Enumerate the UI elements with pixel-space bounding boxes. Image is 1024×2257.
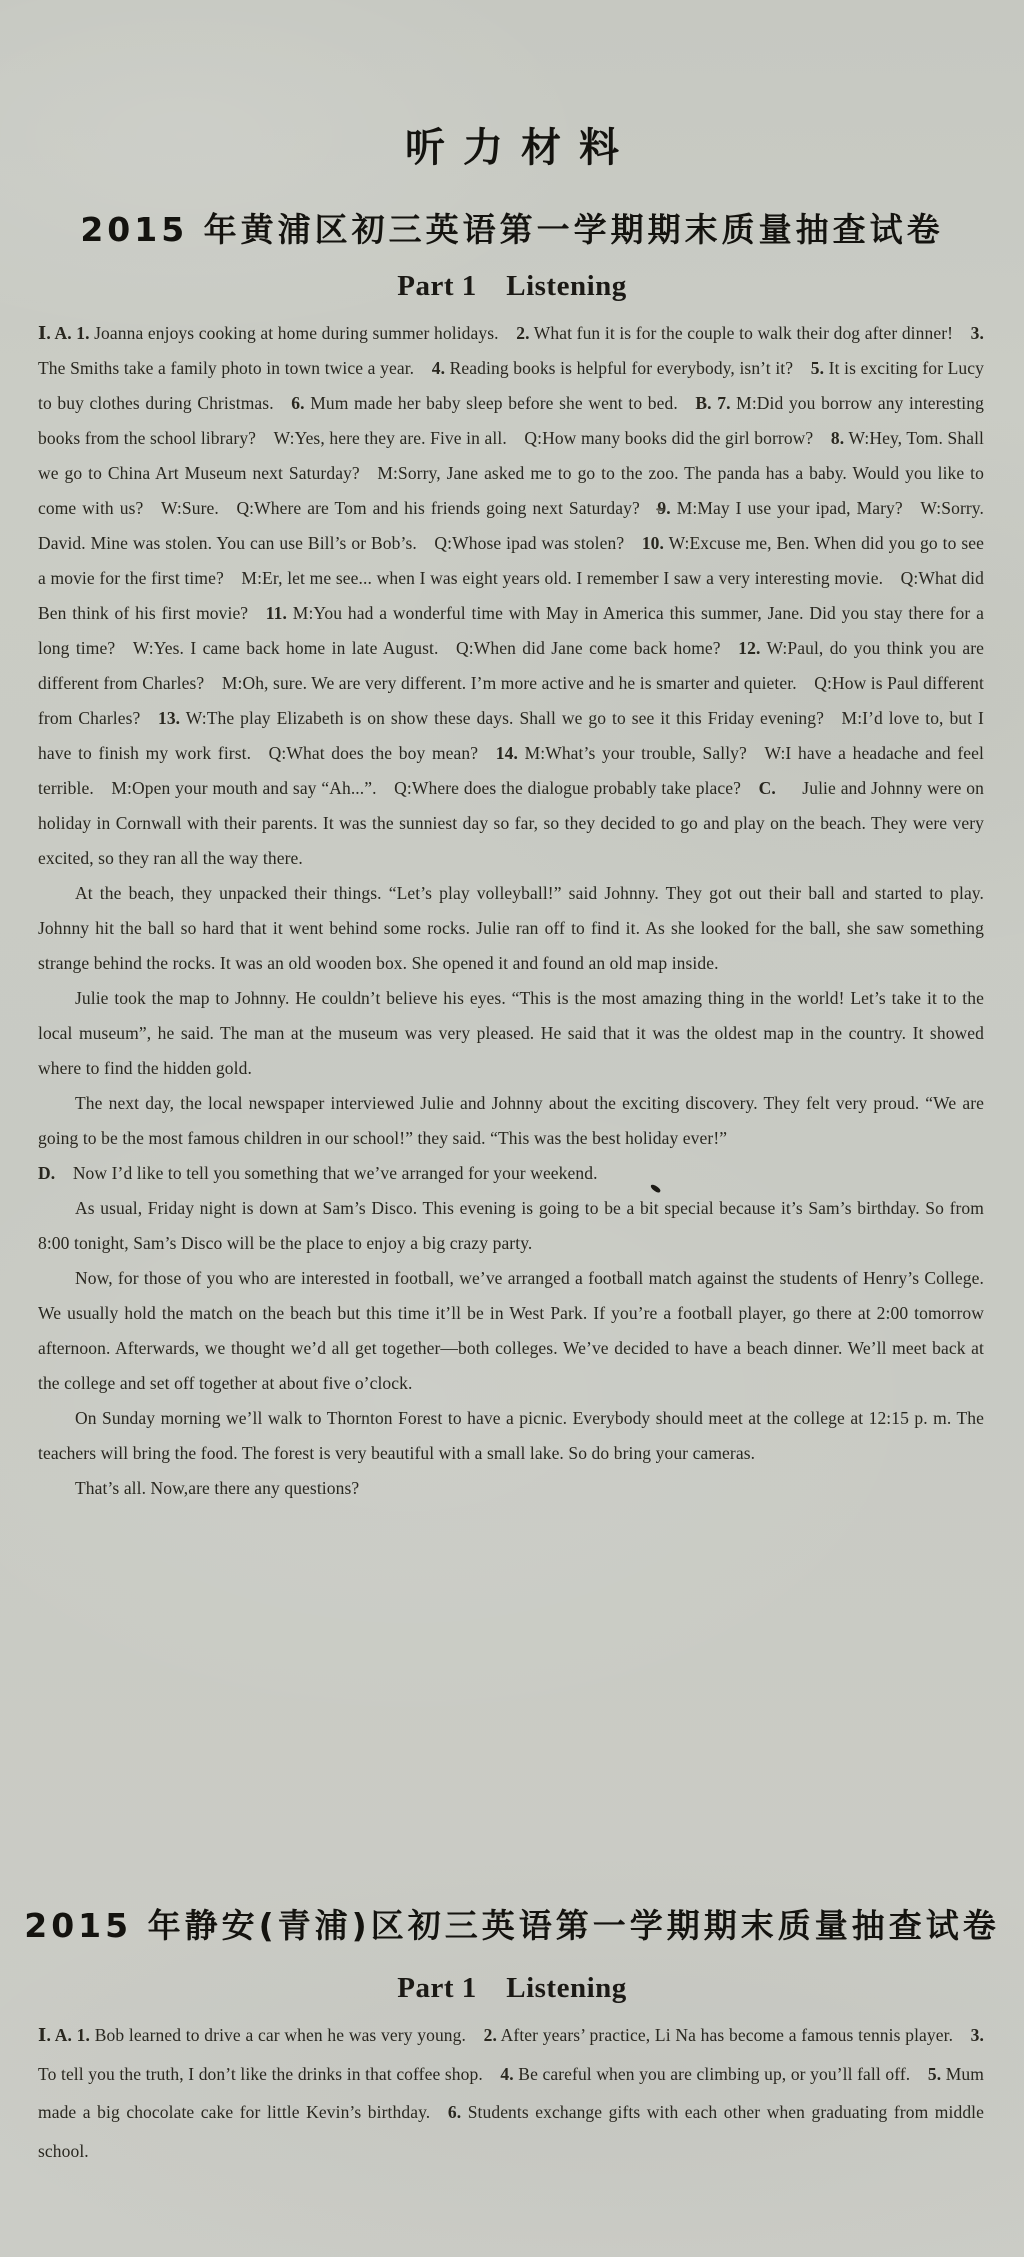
page-title: 听力材料 <box>0 116 1024 173</box>
transcript-paragraph: On Sunday morning we’ll walk to Thornton… <box>38 1401 984 1471</box>
section-heading-huangpu-exam: 2015 年黄浦区初三英语第一学期期末质量抽查试卷 <box>0 204 1024 251</box>
section-heading-jingan-qingpu-exam: 2015 年静安(青浦)区初三英语第一学期期末质量抽查试卷 <box>0 1900 1024 1947</box>
scanned-document-page: { "colors": { "paper": "#c9cbc4", "ink":… <box>0 0 1024 2257</box>
transcript-paragraph: The next day, the local newspaper interv… <box>38 1086 984 1156</box>
transcript-paragraph: As usual, Friday night is down at Sam’s … <box>38 1191 984 1261</box>
transcript-paragraph: That’s all. Now,are there any questions? <box>38 1471 984 1506</box>
transcript-paragraph: Ⅰ. A. 1. Joanna enjoys cooking at home d… <box>38 316 984 876</box>
transcript-paragraph: Julie took the map to Johnny. He couldn’… <box>38 981 984 1086</box>
transcript-paragraph: Now, for those of you who are interested… <box>38 1261 984 1401</box>
part-heading-listening-2: Part 1 Listening <box>0 1972 1024 2005</box>
listening-transcript-jingan-qingpu: Ⅰ. A. 1. Bob learned to drive a car when… <box>38 2016 984 2196</box>
transcript-paragraph: Ⅰ. A. 1. Bob learned to drive a car when… <box>38 2016 984 2170</box>
transcript-paragraph: D. Now I’d like to tell you something th… <box>38 1156 984 1191</box>
listening-transcript-huangpu: Ⅰ. A. 1. Joanna enjoys cooking at home d… <box>38 316 984 1896</box>
part-heading-listening-1: Part 1 Listening <box>0 270 1024 303</box>
transcript-paragraph: At the beach, they unpacked their things… <box>38 876 984 981</box>
